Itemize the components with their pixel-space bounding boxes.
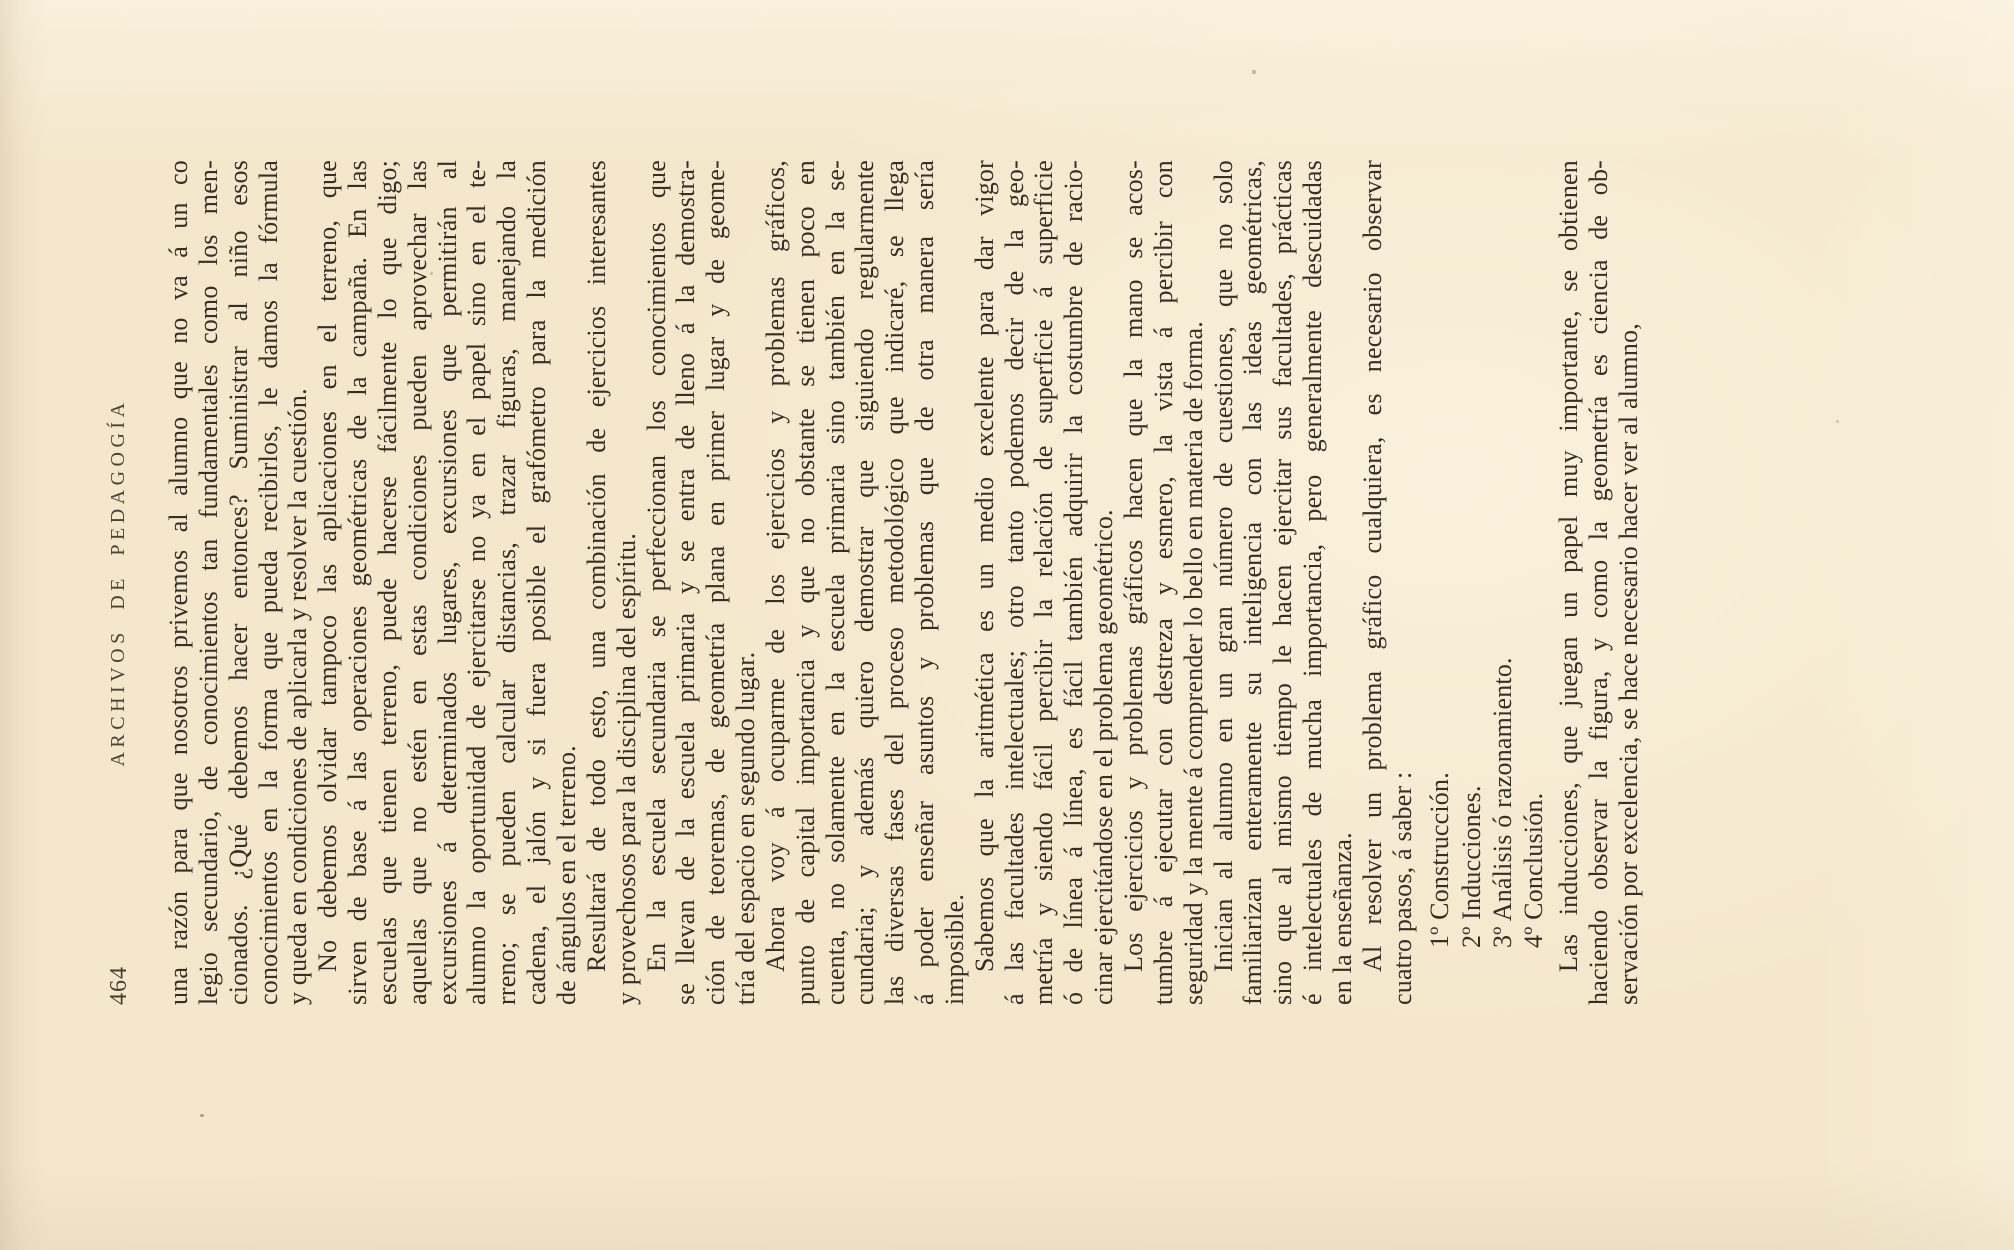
text-line: se llevan de la escuela primaria y se en… [671,160,701,1005]
text-block: una razón para que nosotros privemos al … [164,160,1644,1250]
text-line: á poder enseñar asuntos y problemas que … [910,160,940,1005]
text-line: Al resolver un problema gráfico cualquie… [1358,160,1388,1005]
text-line: conocimientos en la forma que pueda reci… [254,160,284,1005]
text-line: rreno; se pueden calcular distancias, tr… [492,160,522,1005]
text-line: aquellas que no estén en estas condicion… [403,160,433,1005]
text-line: familiarizan enteramente su inteligencia… [1238,160,1268,1005]
text-line: tría del espacio en segundo lugar. [731,160,761,1005]
paragraph: No debemos olvidar tampoco las aplicacio… [313,160,582,1005]
page-sheet-rotated: 464 ARCHIVOS DE PEDAGOGÍA una razón para… [0,0,2014,1250]
text-line: No debemos olvidar tampoco las aplicacio… [313,160,343,1005]
text-line: las diversas fases del proceso metodológ… [880,160,910,1005]
text-line: una razón para que nosotros privemos al … [164,160,194,1005]
text-line: Las inducciones, que juegan un papel muy… [1554,160,1584,1005]
text-line: de ángulos en el terreno. [552,160,582,1005]
text-line: cionados. ¿Qué debemos hacer entonces? S… [224,160,254,1005]
text-line: En la escuela secundaria se perfeccionan… [642,160,672,1005]
numbered-list: 1º Construcción.2º Inducciones.3º Anális… [1424,160,1549,948]
journal-title: ARCHIVOS DE PEDAGOGÍA [104,160,130,1005]
list-item: 4º Conclusión. [1518,160,1549,948]
text-line: legio secundario, de conocimientos tan f… [194,160,224,1005]
text-line: y queda en condiciones de aplicarla y re… [283,160,313,1005]
text-line: cuenta, no solamente en la escuela prima… [821,160,851,1005]
text-line: cuatro pasos, á saber : [1388,160,1418,1005]
text-line: excursiones á determinados lugares, excu… [433,160,463,1005]
text-line: tumbre á ejecutar con destreza y esmero,… [1149,160,1179,1005]
paragraph: Inician al alumno en un gran número de c… [1209,160,1358,1005]
paragraph: Al resolver un problema gráfico cualquie… [1358,160,1418,1005]
text-line: ción de teoremas, de geometría plana en … [701,160,731,1005]
paragraph: En la escuela secundaria se perfeccionan… [642,160,761,1005]
running-head: 464 ARCHIVOS DE PEDAGOGÍA [104,0,138,1250]
text-line: Los ejercicios y problemas gráficos hace… [1119,160,1149,1005]
text-line: ó de línea á línea, es fácil también adq… [1059,160,1089,1005]
text-line: punto de capital importancia y que no ob… [791,160,821,1005]
list-item: 1º Construcción. [1424,160,1455,948]
scanned-book-page: 464 ARCHIVOS DE PEDAGOGÍA una razón para… [0,0,2014,1250]
paragraph: Resultará de todo esto, una combinación … [582,160,642,1005]
page-number: 464 [106,966,133,1005]
text-line: escuelas que tienen terreno, puede hacer… [373,160,403,1005]
paragraph: Sabemos que la aritmética es un medio ex… [970,160,1119,1005]
text-line: en la enseñanza. [1328,160,1358,1005]
paragraph: una razón para que nosotros privemos al … [164,160,313,1005]
paragraph: Los ejercicios y problemas gráficos hace… [1119,160,1209,1005]
text-line: alumno la oportunidad de ejercitarse no … [462,160,492,1005]
text-line: Sabemos que la aritmética es un medio ex… [970,160,1000,1005]
text-line: cundaria; y además quiero demostrar que … [850,160,880,1005]
text-line: sino que al mismo tiempo le hacen ejerci… [1268,160,1298,1005]
closing-paragraph: Las inducciones, que juegan un papel muy… [1554,160,1644,1005]
text-line: Inician al alumno en un gran número de c… [1209,160,1239,1005]
text-line: seguridad y la mente á comprender lo bel… [1179,160,1209,1005]
list-item: 2º Inducciones. [1456,160,1487,948]
text-line: Ahora voy á ocuparme de los ejercicios y… [761,160,791,1005]
text-line: cadena, el jalón y si fuera posible el g… [522,160,552,1005]
paragraph: Ahora voy á ocuparme de los ejercicios y… [761,160,970,1005]
text-line: cinar ejercitándose en el problema geomé… [1089,160,1119,1005]
text-line: servación por excelencia, se hace necesa… [1614,160,1644,1005]
text-line: metría y siendo fácil percibir la relaci… [1029,160,1059,1005]
text-line: sirven de base á las operaciones geométr… [343,160,373,1005]
text-line: haciendo observar la figura, y como la g… [1584,160,1614,1005]
text-line: á las facultades intelectuales; otro tan… [1000,160,1030,1005]
list-item: 3º Análisis ó razonamiento. [1487,160,1518,948]
text-line: Resultará de todo esto, una combinación … [582,160,612,1005]
text-line: é intelectuales de mucha importancia, pe… [1298,160,1328,1005]
text-line: y provechosos para la disciplina del esp… [612,160,642,1005]
text-line: imposible. [940,160,970,1005]
